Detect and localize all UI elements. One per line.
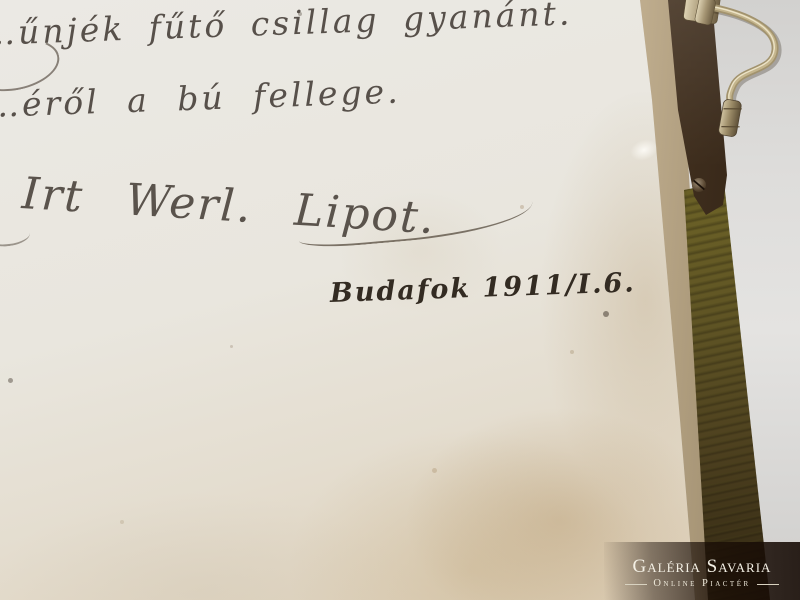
watermark-subtitle-row: Online Piactér <box>625 579 778 590</box>
wire-shadow <box>708 8 778 104</box>
watermark-dash-left <box>625 584 647 585</box>
antique-album-photo: …űnjék fűtő csillag gyanánt. …éről a bú … <box>0 0 800 600</box>
watermark: Galéria Savaria Online Piactér <box>604 542 800 600</box>
paper-speck <box>298 12 302 16</box>
paper-speck <box>432 468 437 473</box>
album-page-paper: …űnjék fűtő csillag gyanánt. …éről a bú … <box>0 0 710 600</box>
paper-speck <box>8 378 13 383</box>
paper-speck <box>603 311 609 317</box>
paper-speck <box>520 205 524 209</box>
clasp-wire-hook <box>655 0 800 178</box>
handwriting-line-2: …éről a bú fellege. <box>0 72 401 125</box>
paper-speck <box>120 520 124 524</box>
watermark-subtitle: Online Piactér <box>653 579 750 590</box>
paper-speck <box>570 350 574 354</box>
clasp-rivet-screw <box>692 178 706 192</box>
signature-lead-flourish <box>0 223 31 249</box>
handwriting-dateline: Budafok 1911/I.6. <box>329 267 636 309</box>
wire-end-cylinder <box>718 99 742 138</box>
paper-speck <box>230 345 233 348</box>
watermark-title: Galéria Savaria <box>633 557 772 576</box>
watermark-dash-right <box>757 584 779 585</box>
handwriting-line-1: …űnjék fűtő csillag gyanánt. <box>0 0 573 53</box>
